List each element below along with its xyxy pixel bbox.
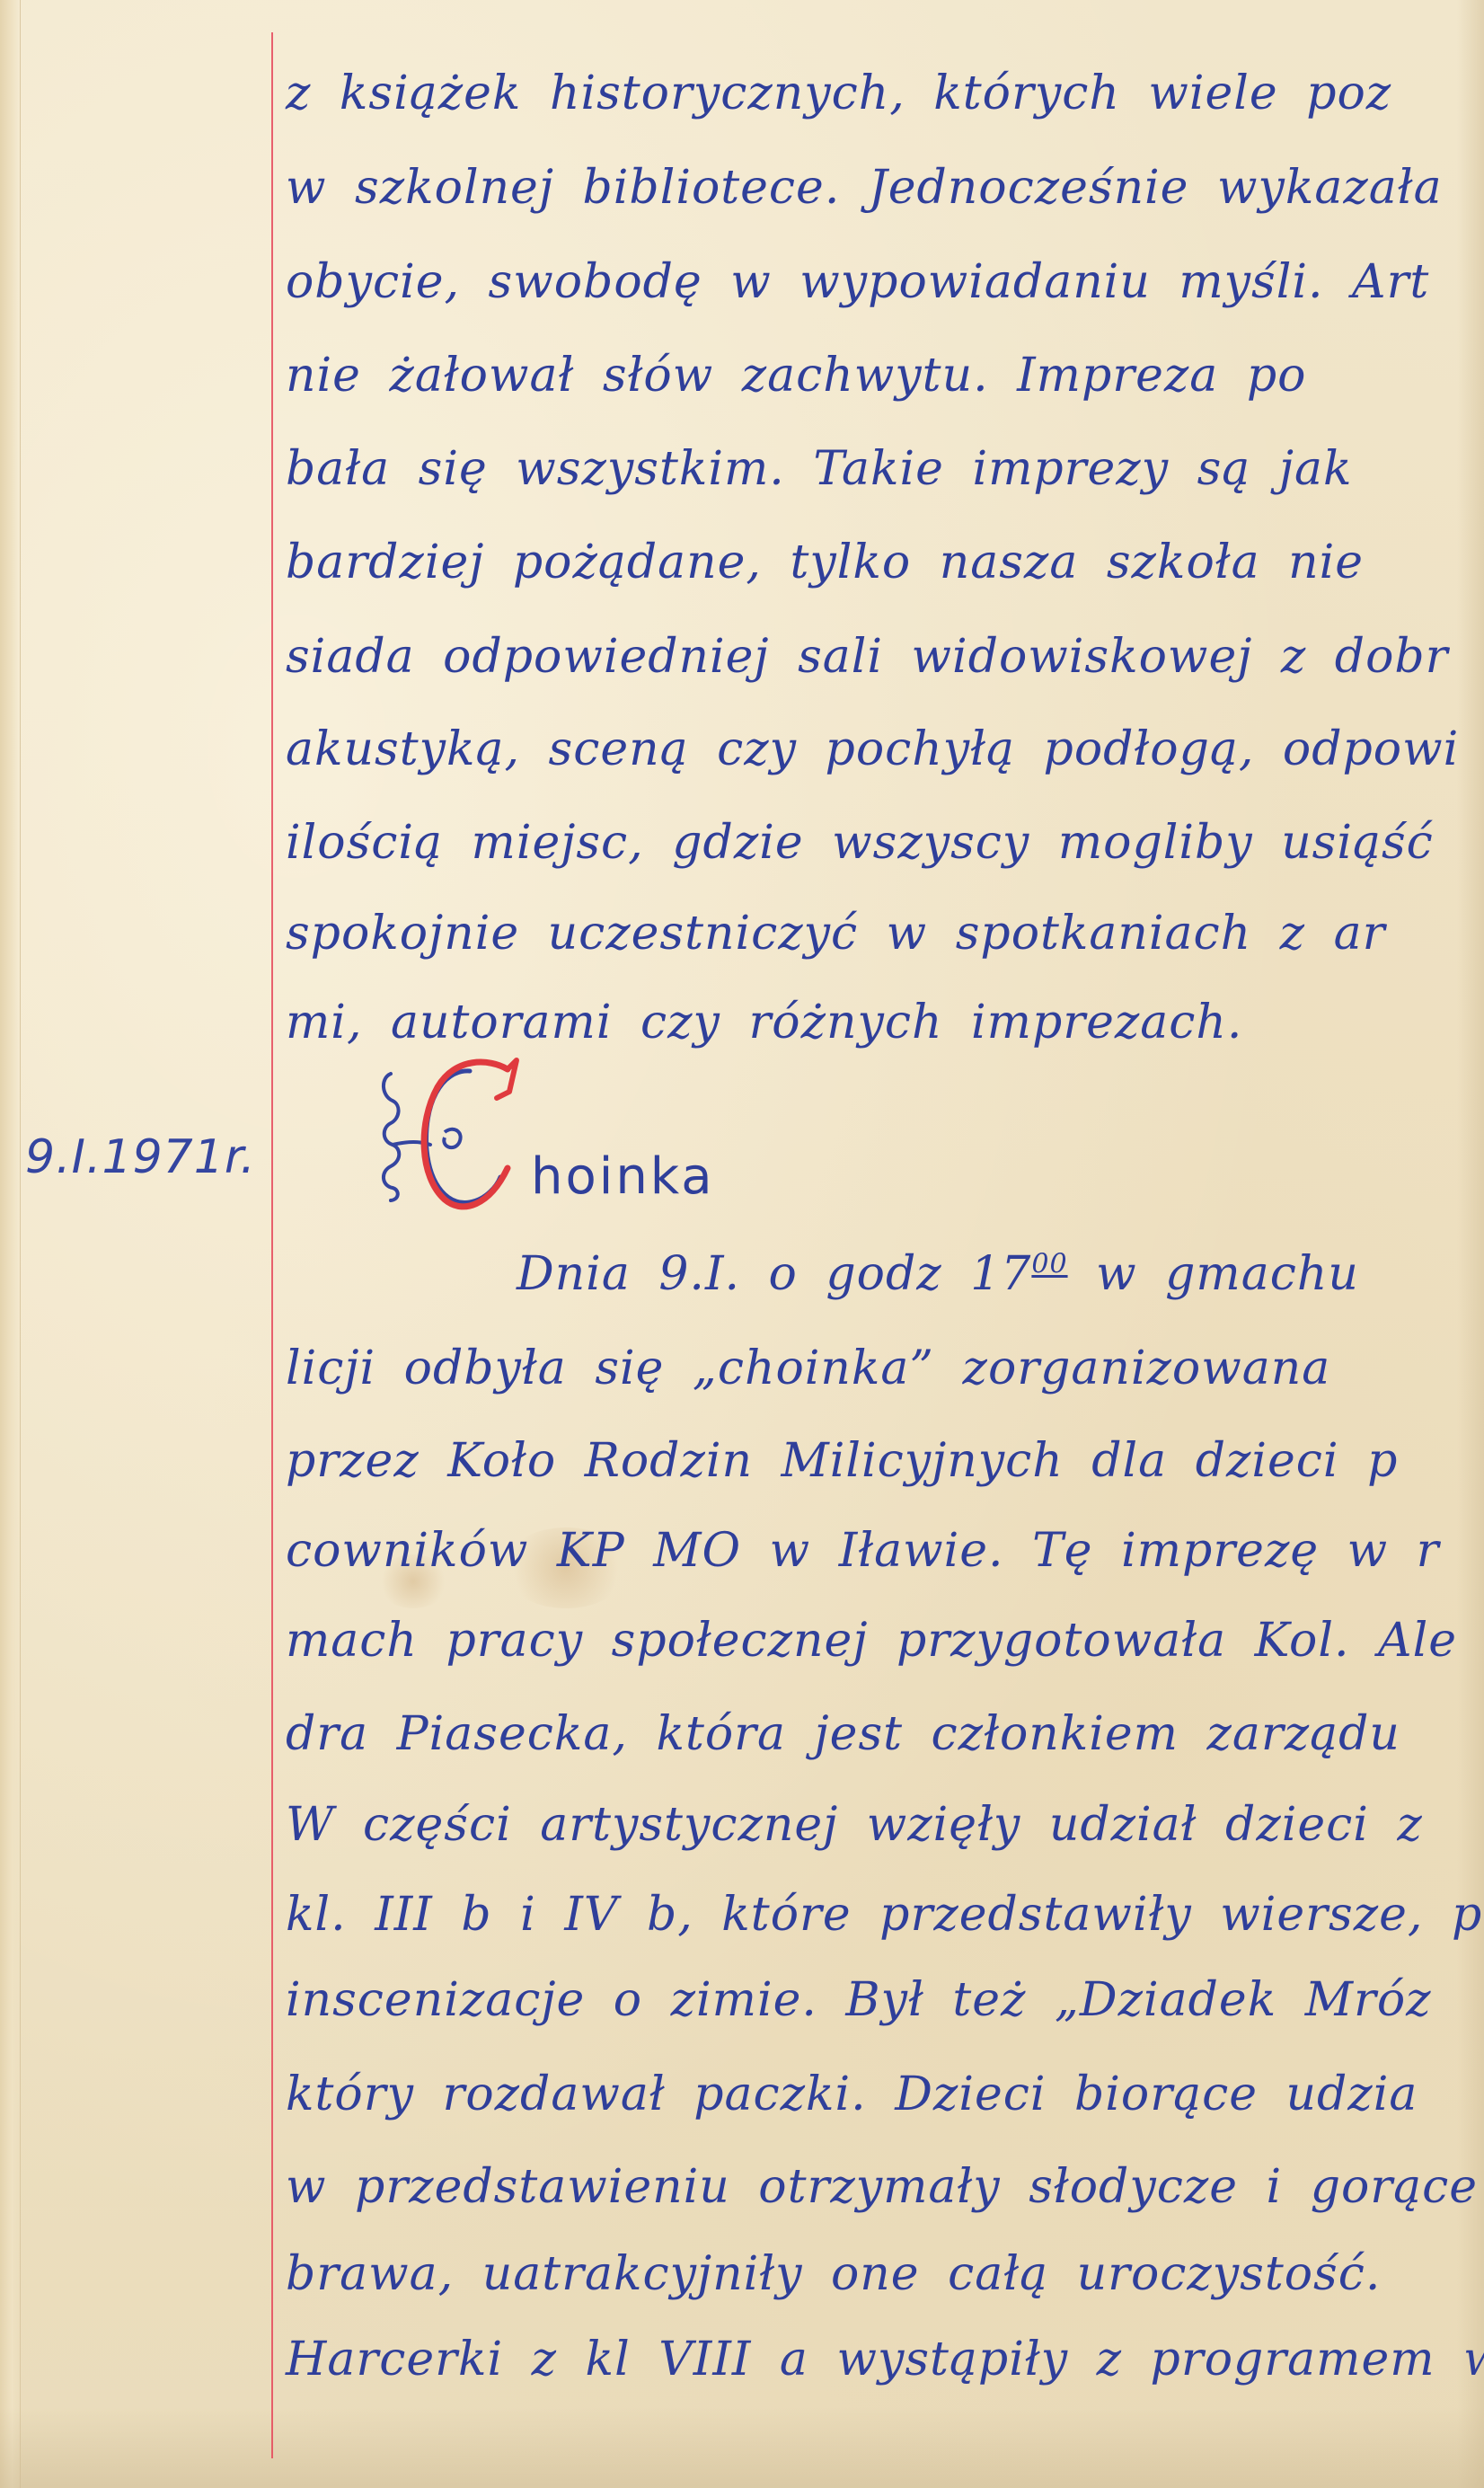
text-line: cowników KP MO w Iławie. Tę imprezę w r (286, 1527, 1440, 1574)
section-heading: hoinka (355, 1042, 715, 1222)
text-line: bardziej pożądane, tylko nasza szkoła ni… (286, 539, 1364, 586)
text-line-first: Dnia 9.I. o godz 1700 w gmachu (517, 1251, 1359, 1297)
text-line: ilością miejsc, gdzie wszyscy mogliby us… (286, 819, 1434, 866)
text-line: obycie, swobodę w wypowiadaniu myśli. Ar… (286, 259, 1429, 305)
page-binding-edge (0, 0, 21, 2488)
time-superscript: 00 (1031, 1249, 1067, 1280)
text-line: licji odbyła się „choinka” zorganizowana (286, 1345, 1330, 1392)
text-line: który rozdawał paczki. Dzieci biorące ud… (286, 2071, 1418, 2118)
text-line: z książek historycznych, których wiele p… (286, 70, 1391, 117)
text-line: akustyką, sceną czy pochyłą podłogą, odp… (286, 726, 1459, 773)
page-bottom-shadow (0, 2407, 1484, 2488)
text-line: nie żałował słów zachwytu. Impreza po (286, 352, 1306, 399)
text-line: kl. III b i IV b, które przedstawiły wie… (286, 1891, 1484, 1938)
text-line: w szkolnej bibliotece. Jednocześnie wyka… (286, 164, 1443, 211)
text-line: inscenizacje o zimie. Był też „Dziadek M… (286, 1977, 1432, 2023)
margin-date: 9.I.1971r. (25, 1134, 256, 1181)
ornate-c-icon (355, 1051, 543, 1222)
text-line: Harcerki z kl VIII a wystąpiły z program… (286, 2336, 1484, 2383)
decorative-initial-c (355, 1051, 543, 1222)
text-line: W części artystycznej wzięły udział dzie… (286, 1802, 1423, 1848)
text-line: przez Koło Rodzin Milicyjnych dla dzieci… (286, 1438, 1398, 1484)
red-margin-line (271, 32, 273, 2458)
notebook-page: z książek historycznych, których wiele p… (0, 0, 1484, 2488)
text-line: dra Piasecka, która jest członkiem zarzą… (286, 1711, 1400, 1758)
text-line: brawa, uatrakcyjniły one całą uroczystoś… (286, 2251, 1381, 2298)
page-right-edge (1457, 0, 1484, 2488)
text-line: bała się wszystkim. Takie imprezy są jak (286, 446, 1352, 492)
text-line: mach pracy społecznej przygotowała Kol. … (286, 1617, 1457, 1664)
text-line: spokojnie uczestniczyć w spotkaniach z a… (286, 910, 1385, 957)
text-line: mi, autorami czy różnych imprezach. (286, 999, 1242, 1046)
text-line: siada odpowiedniej sali widowiskowej z d… (286, 633, 1449, 680)
heading-text: hoinka (531, 1152, 715, 1202)
first-line-start: Dnia 9.I. o godz 17 (517, 1247, 1031, 1301)
text-line: w przedstawieniu otrzymały słodycze i go… (286, 2164, 1478, 2210)
first-line-end: w gmachu (1068, 1247, 1359, 1301)
